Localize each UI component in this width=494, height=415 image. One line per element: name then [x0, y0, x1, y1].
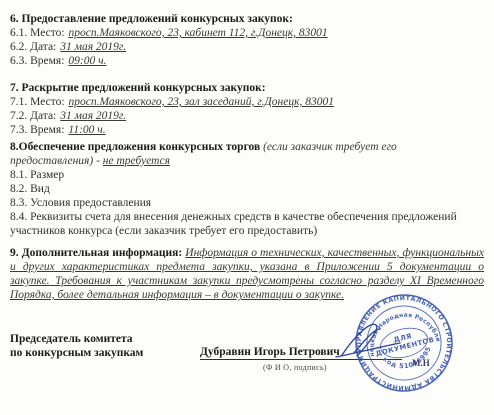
list-item: 6.3. Время:09:00 ч. — [10, 54, 484, 68]
list-item: 6.2. Дата:31 мая 2019г. — [10, 40, 484, 54]
section-8-title: 8.Обеспечение предложения конкурсных тор… — [10, 141, 260, 153]
list-item: 6.1. Место:просп.Маяковского, 23, кабине… — [10, 26, 484, 40]
section-8-header: 8.Обеспечение предложения конкурсных тор… — [10, 140, 426, 168]
item-value: 31 мая 2019г. — [60, 110, 126, 122]
item-value: 09:00 ч. — [68, 55, 106, 67]
section-8-value: не требуется — [103, 155, 170, 167]
signatory-role: Председатель комитета по конкурсным заку… — [10, 332, 143, 360]
list-item: 8.1. Размер — [10, 168, 484, 182]
item-value: 11:00 ч. — [68, 124, 105, 136]
list-item: 7.2. Дата:31 мая 2019г. — [10, 109, 484, 123]
item-label: 7.2. Дата: — [10, 110, 56, 122]
section-8: 8.Обеспечение предложения конкурсных тор… — [10, 140, 484, 238]
scanned-document-page: 6. Предоставление предложений конкурсных… — [0, 0, 494, 415]
item-value: 31 мая 2019г. — [60, 41, 126, 53]
item-label: 7.3. Время: — [10, 124, 64, 136]
handwritten-signature — [328, 315, 408, 363]
section-6: 6. Предоставление предложений конкурсных… — [10, 12, 484, 68]
section-7: 7. Раскрытие предложений конкурсных заку… — [10, 81, 484, 137]
list-item: 8.2. Вид — [10, 182, 484, 196]
signatory-role-line2: по конкурсным закупкам — [10, 346, 143, 360]
section-6-title: 6. Предоставление предложений конкурсных… — [10, 12, 484, 26]
list-item: 7.1. Место:просп.Маяковского, 23, зал за… — [10, 95, 484, 109]
section-7-title: 7. Раскрытие предложений конкурсных заку… — [10, 81, 484, 95]
item-label: 6.3. Время: — [10, 55, 64, 67]
section-9-title: 9. Дополнительная информация: — [10, 247, 182, 259]
signature-caption: (Ф И О, подпись) — [263, 361, 327, 375]
item-label: 6.1. Место: — [10, 27, 65, 39]
item-value: просп.Маяковского, 23, зал заседаний, г.… — [69, 96, 334, 108]
seal-place-mark: М.Н — [412, 356, 430, 370]
list-item: 7.3. Время:11:00 ч. — [10, 123, 484, 137]
item-label: 7.1. Место: — [10, 96, 65, 108]
signatory-name: Дубравин Игорь Петрович — [200, 346, 340, 360]
list-item: 8.3. Условия предоставления — [10, 196, 484, 210]
list-item: 8.4. Реквизиты счета для внесения денежн… — [10, 210, 484, 238]
item-value: просп.Маяковского, 23, кабинет 112, г.До… — [69, 27, 328, 39]
signatory-role-line1: Председатель комитета — [10, 332, 143, 346]
item-label: 6.2. Дата: — [10, 41, 56, 53]
